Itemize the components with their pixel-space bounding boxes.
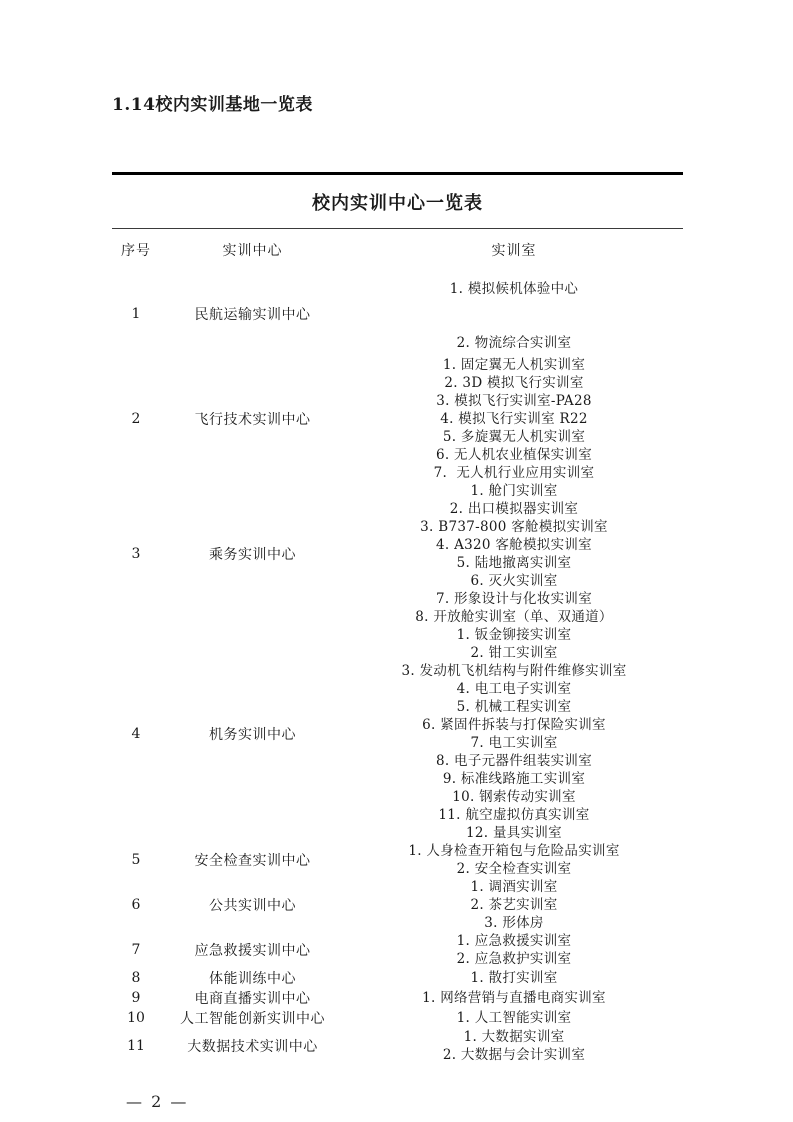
room-line: 5. 多旋翼无人机实训室 — [345, 428, 683, 446]
row-center-name: 飞行技术实训中心 — [160, 356, 345, 482]
room-line: 2. 钳工实训室 — [345, 644, 683, 662]
room-line: 6. 灭火实训室 — [345, 572, 683, 590]
page-number: — 2 — — [126, 1092, 188, 1111]
row-rooms-list: 1. 模拟候机体验中心2. 物流综合实训室 — [345, 271, 683, 356]
row-center-name: 机务实训中心 — [160, 626, 345, 842]
table-row: 1民航运输实训中心1. 模拟候机体验中心2. 物流综合实训室 — [112, 271, 683, 356]
room-line-blank — [345, 298, 683, 316]
row-serial-number: 9 — [112, 988, 160, 1008]
row-serial-number: 6 — [112, 878, 160, 932]
row-serial-number: 11 — [112, 1028, 160, 1064]
room-line: 7. 电工实训室 — [345, 734, 683, 752]
room-line: 9. 标准线路施工实训室 — [345, 770, 683, 788]
row-rooms-list: 1. 固定翼无人机实训室2. 3D 模拟飞行实训室3. 模拟飞行实训室-PA28… — [345, 356, 683, 482]
row-serial-number: 2 — [112, 356, 160, 482]
room-line: 7. 形象设计与化妆实训室 — [345, 590, 683, 608]
room-line: 1. 人工智能实训室 — [345, 1009, 683, 1027]
row-rooms-list: 1. 散打实训室 — [345, 968, 683, 988]
table-row: 11大数据技术实训中心1. 大数据实训室2. 大数据与会计实训室 — [112, 1028, 683, 1064]
room-line: 1. 调酒实训室 — [345, 878, 683, 896]
section-heading: 1.14校内实训基地一览表 — [112, 90, 313, 115]
room-line: 8. 电子元器件组装实训室 — [345, 752, 683, 770]
row-center-name: 电商直播实训中心 — [160, 988, 345, 1008]
room-line: 11. 航空虚拟仿真实训室 — [345, 806, 683, 824]
column-header-serial: 序号 — [112, 229, 160, 271]
row-rooms-list: 1. 人身检查开箱包与危险品实训室2. 安全检查实训室 — [345, 842, 683, 878]
row-serial-number: 3 — [112, 482, 160, 626]
column-header-center: 实训中心 — [160, 229, 345, 271]
row-rooms-list: 1. 舱门实训室2. 出口模拟器实训室3. B737-800 客舱模拟实训室4.… — [345, 482, 683, 626]
column-header-rooms: 实训室 — [345, 229, 683, 271]
row-serial-number: 10 — [112, 1008, 160, 1028]
row-rooms-list: 1. 钣金铆接实训室2. 钳工实训室3. 发动机飞机结构与附件维修实训室4. 电… — [345, 626, 683, 842]
room-line: 1. 散打实训室 — [345, 969, 683, 987]
row-center-name: 乘务实训中心 — [160, 482, 345, 626]
table-row: 10人工智能创新实训中心1. 人工智能实训室 — [112, 1008, 683, 1028]
room-line: 2. 物流综合实训室 — [345, 334, 683, 352]
room-line: 1. 固定翼无人机实训室 — [345, 356, 683, 374]
room-line: 1. 人身检查开箱包与危险品实训室 — [345, 842, 683, 860]
table-row: 8体能训练中心1. 散打实训室 — [112, 968, 683, 988]
row-serial-number: 1 — [112, 271, 160, 356]
room-line: 3. 形体房 — [345, 914, 683, 932]
row-center-name: 安全检查实训中心 — [160, 842, 345, 878]
room-line: 5. 机械工程实训室 — [345, 698, 683, 716]
row-serial-number: 8 — [112, 968, 160, 988]
room-line: 8. 开放舱实训室（单、双通道） — [345, 608, 683, 626]
room-line: 6. 紧固件拆装与打保险实训室 — [345, 716, 683, 734]
table-row: 4机务实训中心1. 钣金铆接实训室2. 钳工实训室3. 发动机飞机结构与附件维修… — [112, 626, 683, 842]
row-center-name: 人工智能创新实训中心 — [160, 1008, 345, 1028]
room-line: 10. 钢索传动实训室 — [345, 788, 683, 806]
table-row: 3乘务实训中心1. 舱门实训室2. 出口模拟器实训室3. B737-800 客舱… — [112, 482, 683, 626]
table-row: 6公共实训中心1. 调酒实训室2. 茶艺实训室3. 形体房 — [112, 878, 683, 932]
row-rooms-list: 1. 应急救援实训室2. 应急救护实训室 — [345, 932, 683, 968]
room-line: 4. 电工电子实训室 — [345, 680, 683, 698]
room-line: 1. 钣金铆接实训室 — [345, 626, 683, 644]
row-serial-number: 7 — [112, 932, 160, 968]
row-center-name: 体能训练中心 — [160, 968, 345, 988]
room-line: 2. 安全检查实训室 — [345, 860, 683, 878]
room-line: 3. 模拟飞行实训室-PA28 — [345, 392, 683, 410]
row-center-name: 应急救援实训中心 — [160, 932, 345, 968]
table-row: 9电商直播实训中心1. 网络营销与直播电商实训室 — [112, 988, 683, 1008]
row-center-name: 民航运输实训中心 — [160, 271, 345, 356]
room-line: 2. 3D 模拟飞行实训室 — [345, 374, 683, 392]
training-centers-table: 校内实训中心一览表 序号 实训中心 实训室 1民航运输实训中心1. 模拟候机体验… — [112, 172, 683, 1064]
row-rooms-list: 1. 网络营销与直播电商实训室 — [345, 988, 683, 1008]
table-grid: 序号 实训中心 实训室 1民航运输实训中心1. 模拟候机体验中心2. 物流综合实… — [112, 229, 683, 1064]
table-row: 2飞行技术实训中心1. 固定翼无人机实训室2. 3D 模拟飞行实训室3. 模拟飞… — [112, 356, 683, 482]
room-line: 3. B737-800 客舱模拟实训室 — [345, 518, 683, 536]
table-body: 1民航运输实训中心1. 模拟候机体验中心2. 物流综合实训室2飞行技术实训中心1… — [112, 271, 683, 1064]
room-line: 4. 模拟飞行实训室 R22 — [345, 410, 683, 428]
room-line: 1. 网络营销与直播电商实训室 — [345, 989, 683, 1007]
room-line: 1. 应急救援实训室 — [345, 932, 683, 950]
room-line: 7. 无人机行业应用实训室 — [345, 464, 683, 482]
document-page: 1.14校内实训基地一览表 校内实训中心一览表 序号 实训中心 实训室 1民航运… — [0, 0, 793, 1122]
room-line: 3. 发动机飞机结构与附件维修实训室 — [345, 662, 683, 680]
room-line-blank — [345, 316, 683, 334]
row-rooms-list: 1. 人工智能实训室 — [345, 1008, 683, 1028]
room-line: 6. 无人机农业植保实训室 — [345, 446, 683, 464]
room-line: 5. 陆地撤离实训室 — [345, 554, 683, 572]
row-serial-number: 5 — [112, 842, 160, 878]
room-line: 2. 应急救护实训室 — [345, 950, 683, 968]
table-title: 校内实训中心一览表 — [112, 172, 683, 229]
table-row: 5安全检查实训中心1. 人身检查开箱包与危险品实训室2. 安全检查实训室 — [112, 842, 683, 878]
room-line: 2. 茶艺实训室 — [345, 896, 683, 914]
room-line: 1. 模拟候机体验中心 — [345, 280, 683, 298]
room-line: 2. 大数据与会计实训室 — [345, 1046, 683, 1064]
row-center-name: 公共实训中心 — [160, 878, 345, 932]
row-center-name: 大数据技术实训中心 — [160, 1028, 345, 1064]
table-row: 7应急救援实训中心1. 应急救援实训室2. 应急救护实训室 — [112, 932, 683, 968]
room-line: 1. 大数据实训室 — [345, 1028, 683, 1046]
room-line: 2. 出口模拟器实训室 — [345, 500, 683, 518]
row-rooms-list: 1. 大数据实训室2. 大数据与会计实训室 — [345, 1028, 683, 1064]
row-rooms-list: 1. 调酒实训室2. 茶艺实训室3. 形体房 — [345, 878, 683, 932]
room-line: 4. A320 客舱模拟实训室 — [345, 536, 683, 554]
row-serial-number: 4 — [112, 626, 160, 842]
room-line: 1. 舱门实训室 — [345, 482, 683, 500]
room-line: 12. 量具实训室 — [345, 824, 683, 842]
table-header-row: 序号 实训中心 实训室 — [112, 229, 683, 271]
